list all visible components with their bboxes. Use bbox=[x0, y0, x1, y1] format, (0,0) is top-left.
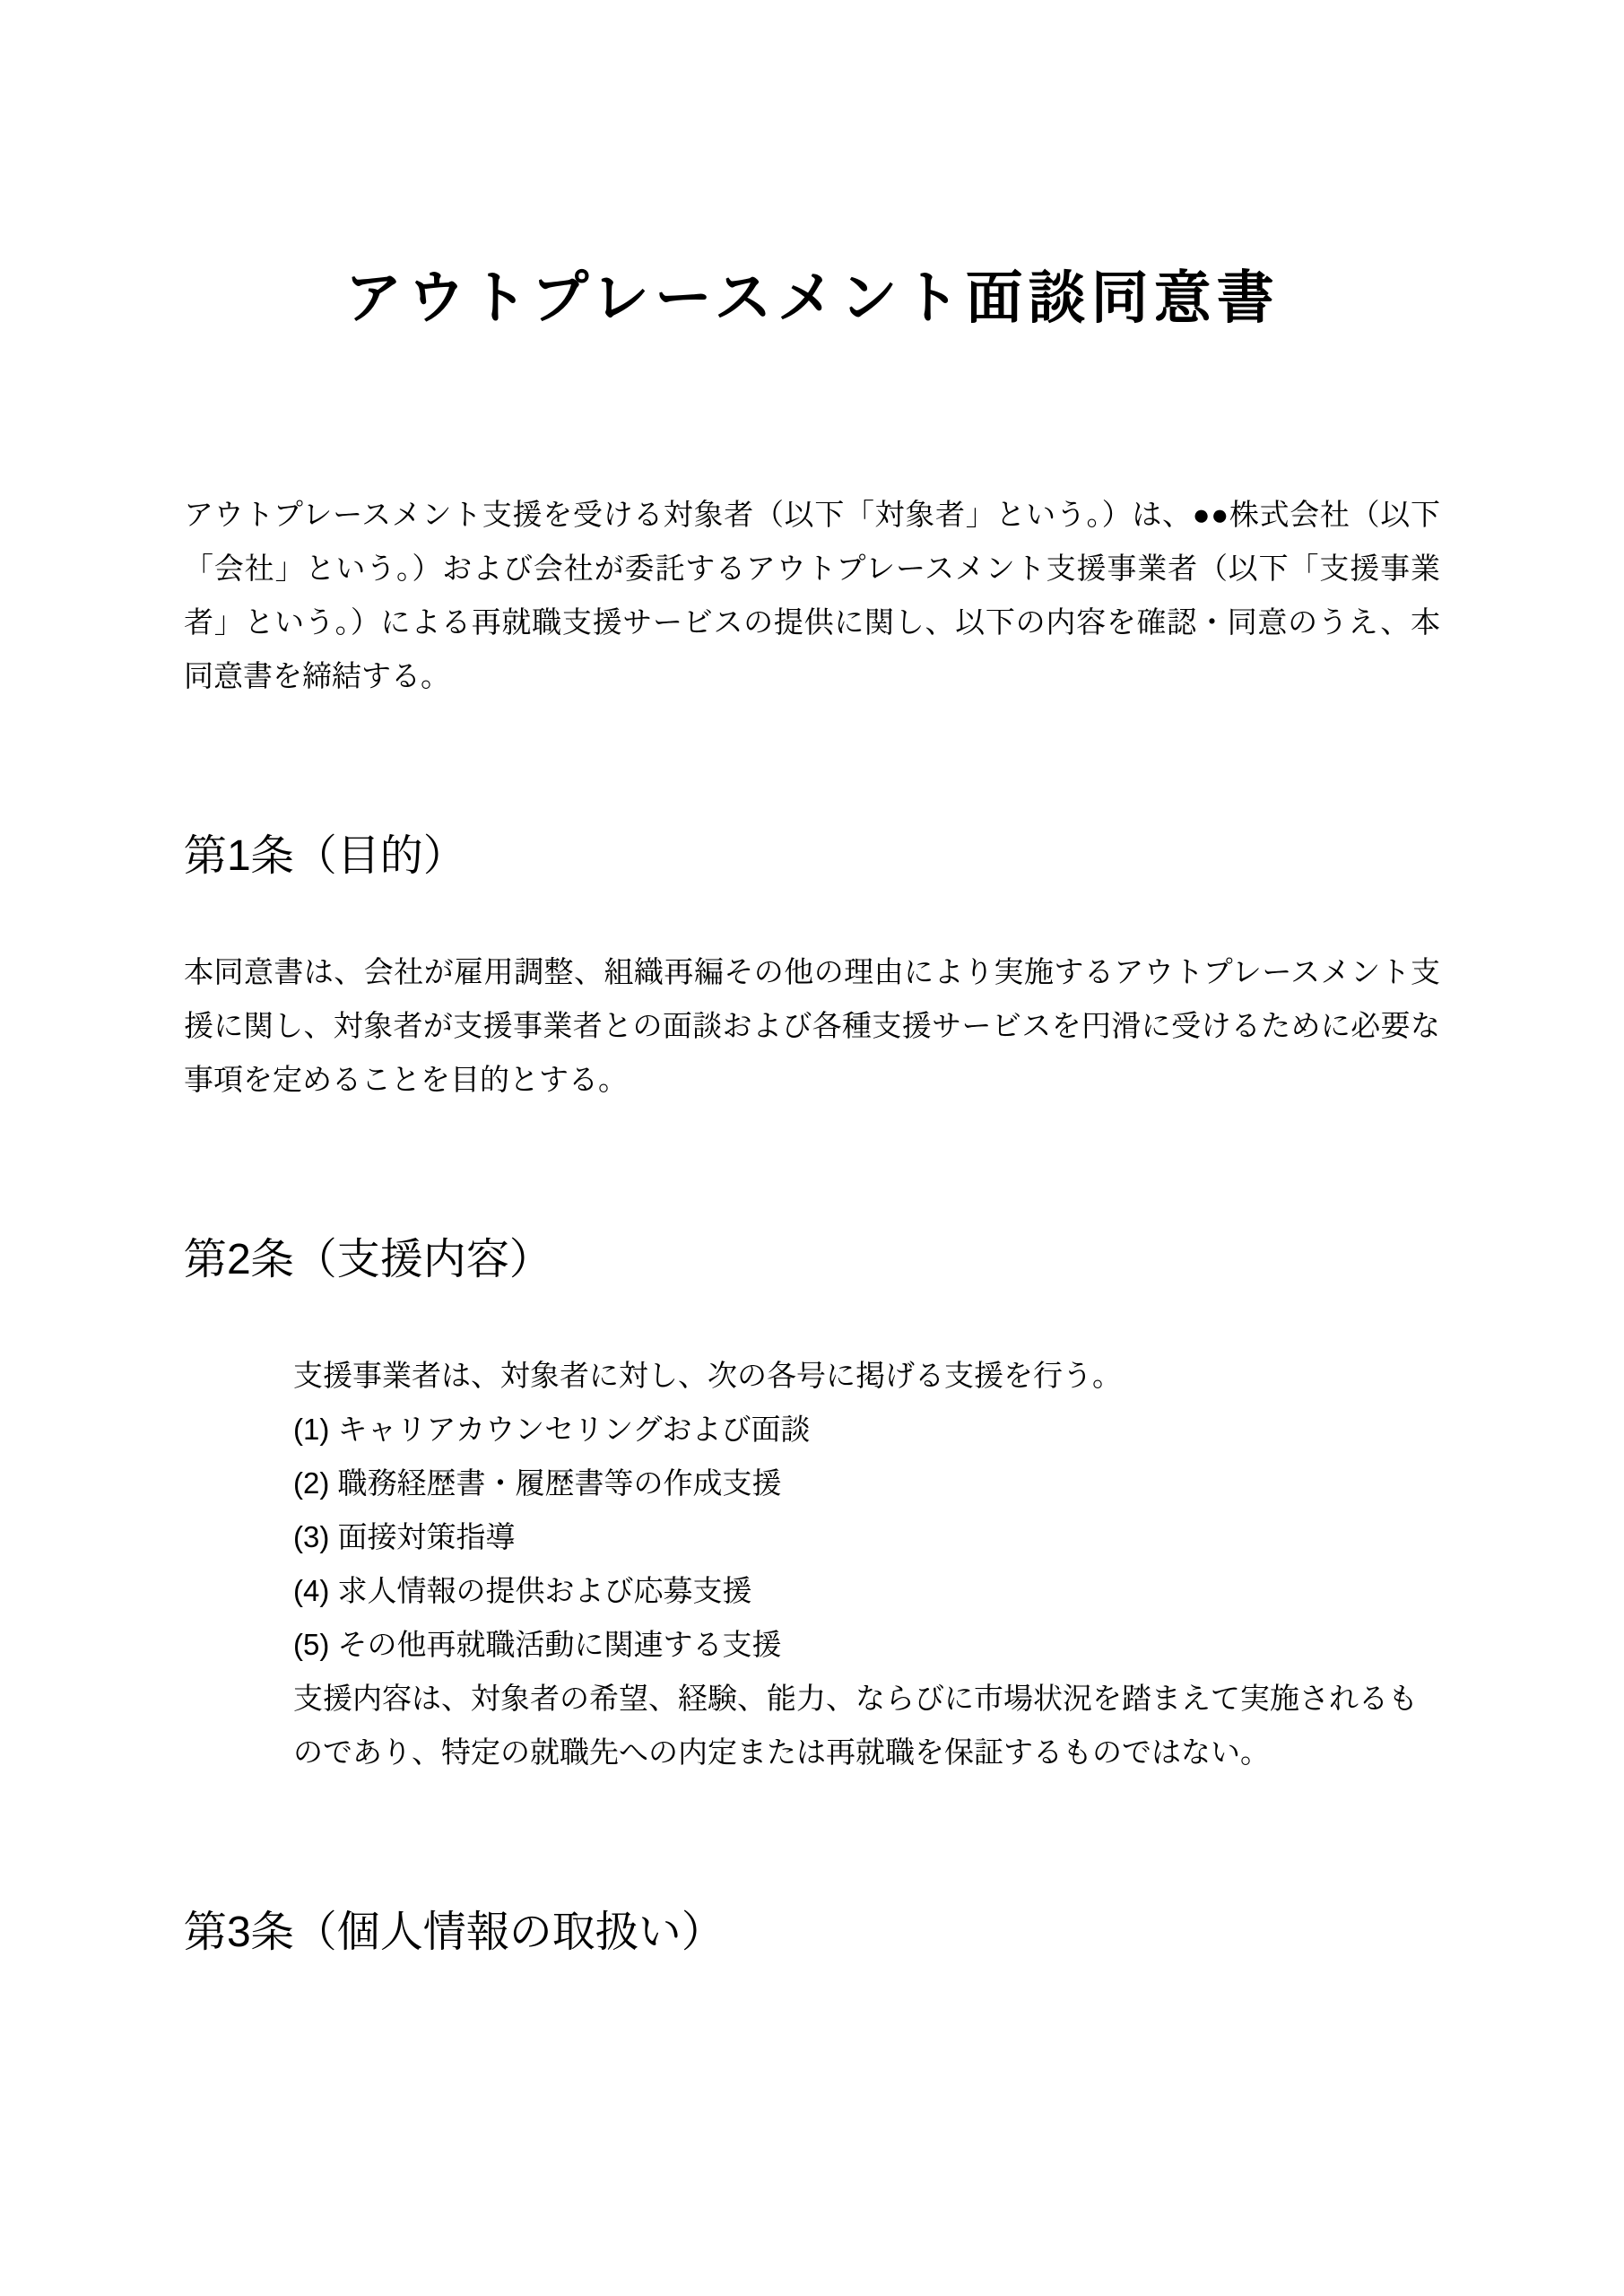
article-2-support-list: 支援事業者は、対象者に対し、次の各号に掲げる支援を行う。 (1) キャリアカウン… bbox=[293, 1349, 1440, 1779]
list-item: (4) 求人情報の提供および応募支援 bbox=[293, 1564, 1440, 1618]
article-2-heading: 第2条（支援内容） bbox=[184, 1232, 1440, 1288]
article-3-heading: 第3条（個人情報の取扱い） bbox=[184, 1905, 1440, 1961]
section-article-3: 第3条（個人情報の取扱い） bbox=[184, 1905, 1440, 1961]
article-2-lead: 支援事業者は、対象者に対し、次の各号に掲げる支援を行う。 bbox=[293, 1349, 1440, 1403]
document-page: アウトプレースメント面談同意書 アウトプレースメント支援を受ける対象者（以下「対… bbox=[0, 0, 1624, 2296]
list-item: (3) 面接対策指導 bbox=[293, 1510, 1440, 1564]
section-article-2: 第2条（支援内容） 支援事業者は、対象者に対し、次の各号に掲げる支援を行う。 (… bbox=[184, 1232, 1440, 1779]
section-article-1: 第1条（目的） 本同意書は、会社が雇用調整、組織再編その他の理由により実施するア… bbox=[184, 829, 1440, 1107]
list-item: (1) キャリアカウンセリングおよび面談 bbox=[293, 1403, 1440, 1457]
article-2-note: 支援内容は、対象者の希望、経験、能力、ならびに市場状況を踏まえて実施されるもので… bbox=[293, 1672, 1440, 1779]
list-item: (2) 職務経歴書・履歴書等の作成支援 bbox=[293, 1457, 1440, 1510]
article-1-body: 本同意書は、会社が雇用調整、組織再編その他の理由により実施するアウトプレースメン… bbox=[184, 945, 1440, 1107]
intro-paragraph: アウトプレースメント支援を受ける対象者（以下「対象者」という。）は、●●株式会社… bbox=[184, 488, 1440, 703]
article-1-heading: 第1条（目的） bbox=[184, 829, 1440, 884]
document-title: アウトプレースメント面談同意書 bbox=[184, 262, 1440, 334]
list-item: (5) その他再就職活動に関連する支援 bbox=[293, 1618, 1440, 1672]
